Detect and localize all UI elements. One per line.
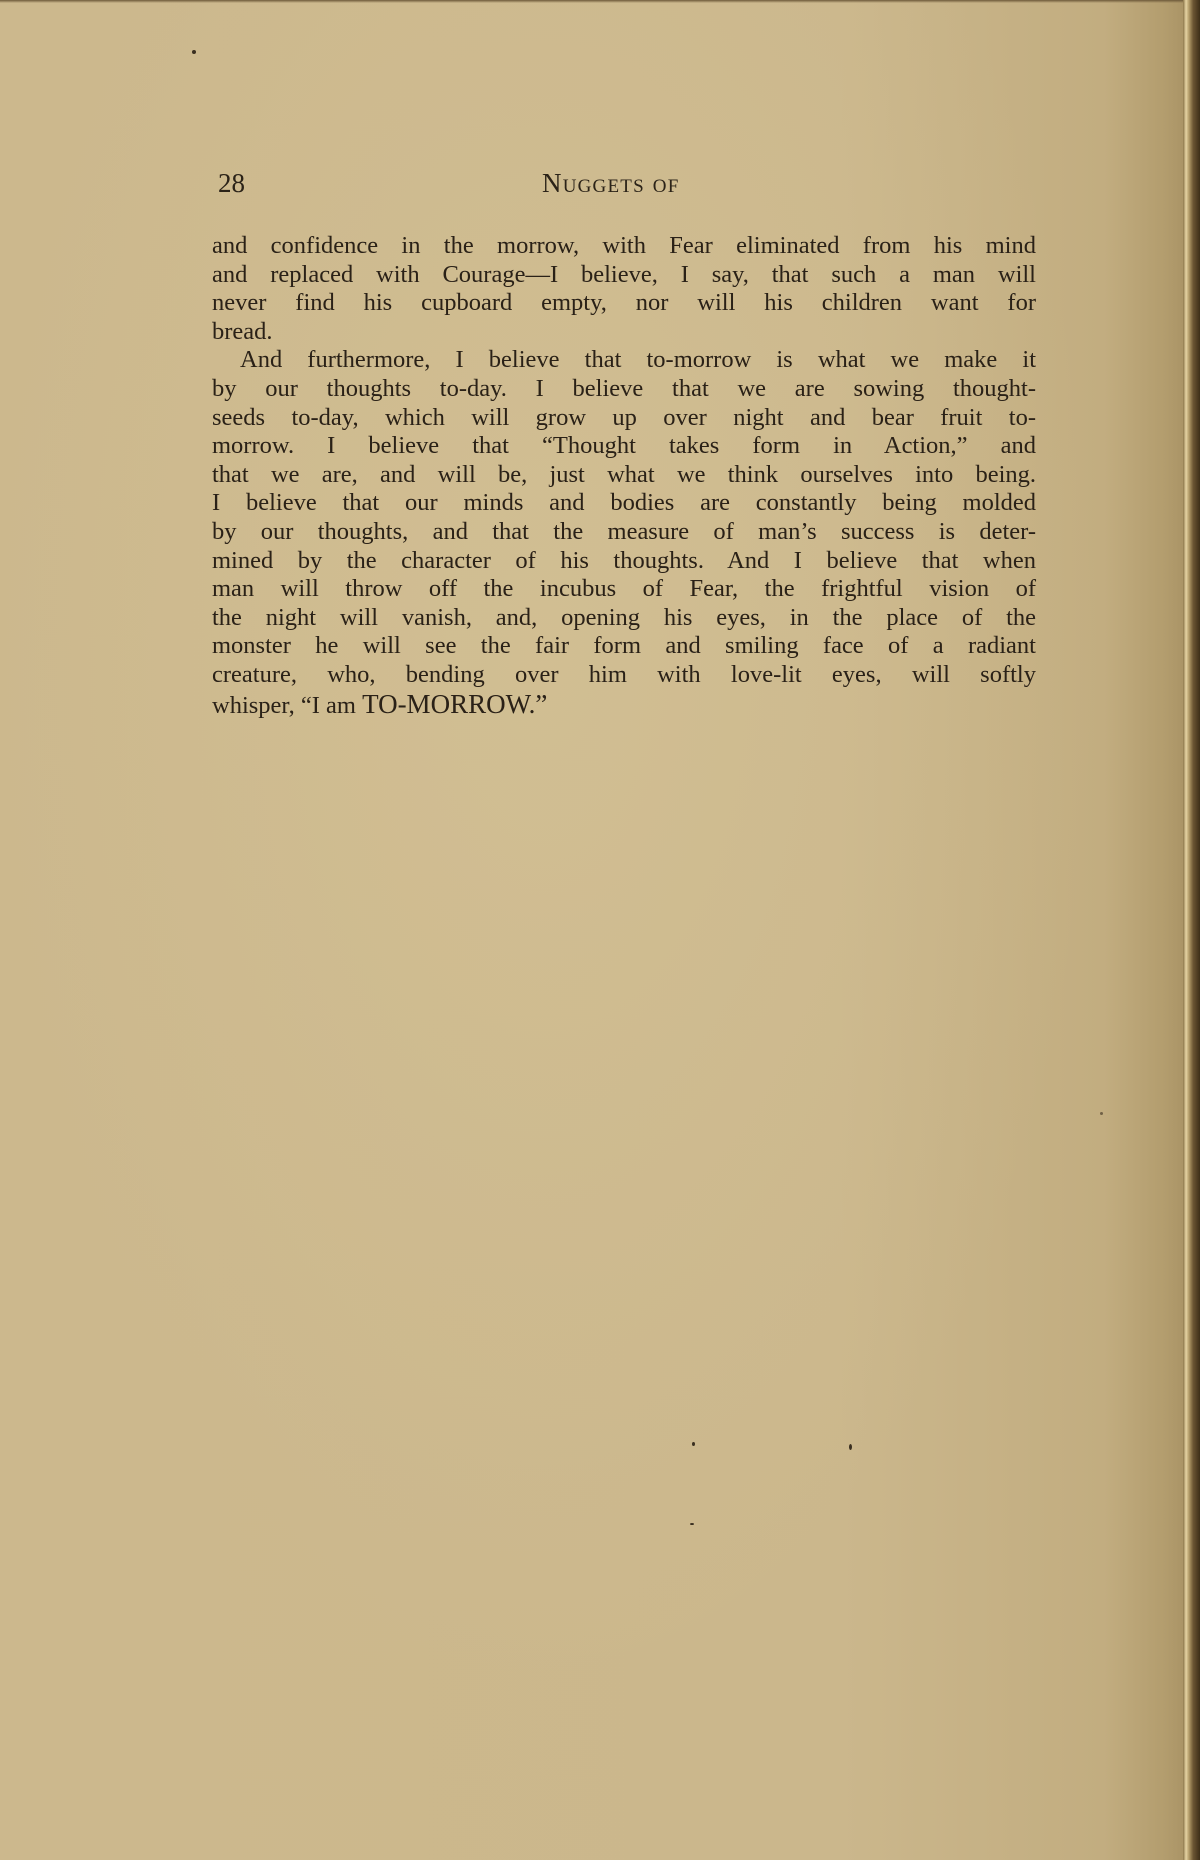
text-line: And furthermore, I believe that to-morro…	[212, 346, 1036, 375]
closing-prefix: whisper, “I am	[212, 692, 362, 719]
text-line: monster he will see the fair form and sm…	[212, 632, 1036, 661]
book-fore-edge	[1183, 0, 1200, 1860]
text-line: man will throw off the incubus of Fear, …	[212, 575, 1036, 604]
running-head-title: Nuggets of	[542, 166, 679, 200]
paragraph-1: and confidence in the morrow, with Fear …	[212, 232, 1036, 346]
text-line: creature, who, bending over him with lov…	[212, 661, 1036, 690]
paper-speck	[692, 1442, 695, 1446]
text-line: I believe that our minds and bodies are …	[212, 489, 1036, 518]
closing-emphasis: TO-MORROW.”	[362, 689, 547, 719]
text-line: by our thoughts, and that the measure of…	[212, 518, 1036, 547]
page-number: 28	[218, 166, 245, 200]
paper-speck	[1100, 1112, 1103, 1115]
text-line: that we are, and will be, just what we t…	[212, 461, 1036, 490]
paragraph-2: And furthermore, I believe that to-morro…	[212, 346, 1036, 718]
text-line: by our thoughts to-day. I believe that w…	[212, 375, 1036, 404]
text-line: and replaced with Courage—I believe, I s…	[212, 261, 1036, 290]
text-line: and confidence in the morrow, with Fear …	[212, 232, 1036, 261]
closing-line: whisper, “I am TO-MORROW.”	[212, 690, 1036, 719]
text-line: mined by the character of his thoughts. …	[212, 547, 1036, 576]
text-line: morrow. I believe that “Thought takes fo…	[212, 432, 1036, 461]
page-top-edge	[0, 0, 1200, 3]
text-line: never find his cupboard empty, nor will …	[212, 289, 1036, 318]
paper-speck	[192, 50, 196, 54]
text-line: the night will vanish, and, opening his …	[212, 604, 1036, 633]
text-line: seeds to-day, which will grow up over ni…	[212, 404, 1036, 433]
paper-speck	[849, 1444, 852, 1450]
book-page: 28 Nuggets of and confidence in the morr…	[0, 0, 1200, 1860]
body-text: and confidence in the morrow, with Fear …	[212, 232, 1036, 718]
running-head: 28 Nuggets of	[212, 166, 1035, 200]
text-line: bread.	[212, 318, 1036, 347]
paper-speck	[690, 1523, 694, 1525]
